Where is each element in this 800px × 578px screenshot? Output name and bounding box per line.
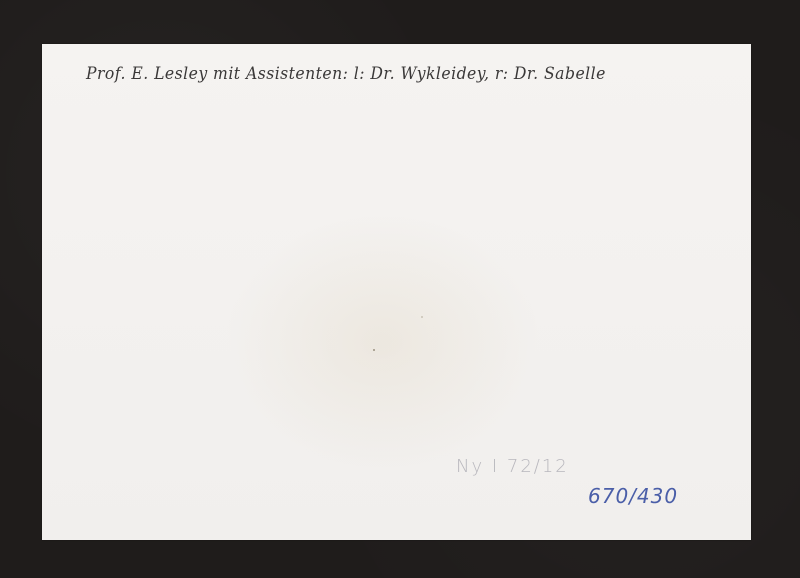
dust-speck: [421, 316, 423, 318]
dust-speck: [373, 349, 375, 351]
archive-reference-number: Ny I 72/12: [456, 456, 569, 477]
photo-card-back: Prof. E. Lesley mit Assistenten: l: Dr. …: [42, 44, 751, 540]
handwritten-caption: Prof. E. Lesley mit Assistenten: l: Dr. …: [86, 64, 606, 84]
dimensions-annotation: 670/430: [588, 484, 678, 508]
